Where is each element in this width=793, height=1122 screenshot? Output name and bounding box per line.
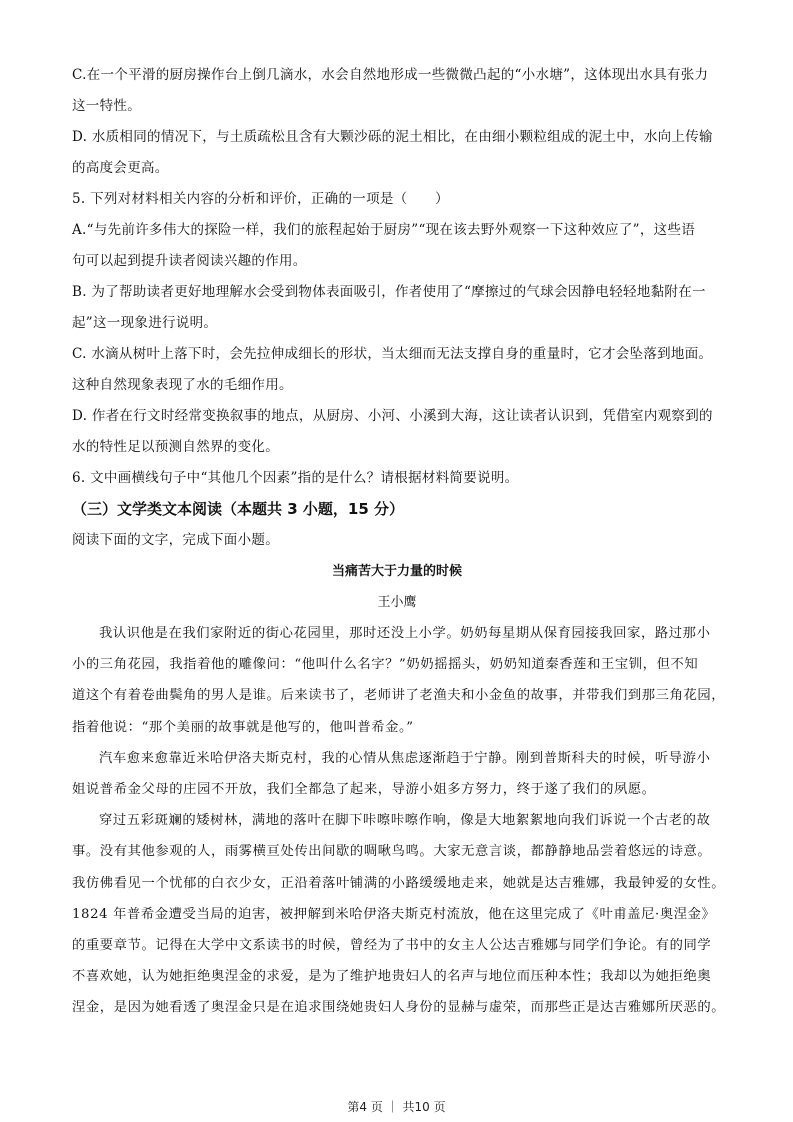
text-line: 指着他说：“那个美丽的故事就是他写的，他叫普希金。” [72, 712, 722, 743]
section-instruction: 阅读下面的文字，完成下面小题。 [72, 525, 722, 556]
question-6-stem: 6. 文中画横线句子中“其他几个因素”指的是什么？请根据材料简要说明。 [72, 463, 722, 494]
article-paragraph-2: 汽车愈来愈靠近米哈伊洛夫斯克村，我的心情从焦虑逐渐趋于宁静。刚到普斯科夫的时候，… [72, 743, 722, 805]
text-line: 事。没有其他参观的人，雨雾横亘处传出间歇的啁啾鸟鸣。大家无意言谈，都静静地品尝着… [72, 836, 722, 867]
text-line: 不喜欢她，认为她拒绝奥涅金的求爱，是为了维护地贵妇人的名声与地位而压种本性；我却… [72, 961, 722, 992]
document-page: C.在一个平滑的厨房操作台上倒几滴水，水会自然地形成一些微微凸起的“小水塘”，这… [72, 60, 722, 1024]
text-line: 涅金，是因为她看透了奥涅金只是在追求围绕她贵妇人身份的显赫与虚荣，而那些正是达吉… [72, 992, 722, 1023]
text-line: 的高度会更高。 [72, 153, 722, 184]
question-5-option-d: D. 作者在行文时经常变换叙事的地点，从厨房、小河、小溪到大海，这让读者认识到，… [72, 401, 722, 463]
text-line: C.在一个平滑的厨房操作台上倒几滴水，水会自然地形成一些微微凸起的“小水塘”，这… [72, 60, 722, 91]
text-line: 穿过五彩斑斓的矮树林，满地的落叶在脚下咔嚓咔嚓作响，像是大地絮絮地向我们诉说一个… [72, 805, 722, 836]
text-line: 道这个有着卷曲鬓角的男人是谁。后来读书了，老师讲了老渔夫和小金鱼的故事，并带我们… [72, 680, 722, 711]
text-line: 句可以起到提升读者阅读兴趣的作用。 [72, 246, 722, 277]
text-line: D. 作者在行文时经常变换叙事的地点，从厨房、小河、小溪到大海，这让读者认识到，… [72, 401, 722, 432]
text-line: 这种自然现象表现了水的毛细作用。 [72, 370, 722, 401]
text-line: 1824 年普希金遭受当局的迫害，被押解到米哈伊洛夫斯克村流放，他在这里完成了《… [72, 899, 722, 930]
text-line: A.“与先前许多伟大的探险一样，我们的旅程起始于厨房”“现在该去野外观察一下这种… [72, 215, 722, 246]
article-author: 王小鹰 [72, 587, 722, 618]
text-line: D. 水质相同的情况下，与土质疏松且含有大颗沙砾的泥土相比，在由细小颗粒组成的泥… [72, 122, 722, 153]
article-paragraph-3: 穿过五彩斑斓的矮树林，满地的落叶在脚下咔嚓咔嚓作响，像是大地絮絮地向我们诉说一个… [72, 805, 722, 1023]
question-4-option-d: D. 水质相同的情况下，与土质疏松且含有大颗沙砾的泥土相比，在由细小颗粒组成的泥… [72, 122, 722, 184]
question-5-option-b: B. 为了帮助读者更好地理解水会受到物体表面吸引，作者使用了“摩擦过的气球会因静… [72, 277, 722, 339]
text-line: 起”这一现象进行说明。 [72, 308, 722, 339]
section-heading: （三）文学类文本阅读（本题共 3 小题，15 分） [72, 494, 722, 525]
text-line: 姐说普希金父母的庄园不开放，我们全都急了起来，导游小姐多方努力，终于遂了我们的夙… [72, 774, 722, 805]
text-line: B. 为了帮助读者更好地理解水会受到物体表面吸引，作者使用了“摩擦过的气球会因静… [72, 277, 722, 308]
question-5-option-a: A.“与先前许多伟大的探险一样，我们的旅程起始于厨房”“现在该去野外观察一下这种… [72, 215, 722, 277]
question-4-option-c: C.在一个平滑的厨房操作台上倒几滴水，水会自然地形成一些微微凸起的“小水塘”，这… [72, 60, 722, 122]
text-line: 小的三角花园，我指着他的雕像问：“他叫什么名字？”奶奶摇摇头，奶奶知道秦香莲和王… [72, 649, 722, 680]
page-footer: 第4 页 ｜ 共10 页 [0, 1098, 793, 1115]
article-paragraph-1: 我认识他是在我们家附近的街心花园里，那时还没上小学。奶奶每星期从保育园接我回家，… [72, 618, 722, 743]
article-title: 当痛苦大于力量的时候 [72, 556, 722, 587]
text-line: 水的特性足以预测自然界的变化。 [72, 432, 722, 463]
text-line: 汽车愈来愈靠近米哈伊洛夫斯克村，我的心情从焦虑逐渐趋于宁静。刚到普斯科夫的时候，… [72, 743, 722, 774]
question-5-option-c: C. 水滴从树叶上落下时，会先拉伸成细长的形状，当太细而无法支撑自身的重量时，它… [72, 339, 722, 401]
text-line: 的重要章节。记得在大学中文系读书的时候，曾经为了书中的女主人公达吉雅娜与同学们争… [72, 930, 722, 961]
text-line: 这一特性。 [72, 91, 722, 122]
text-line: 我认识他是在我们家附近的街心花园里，那时还没上小学。奶奶每星期从保育园接我回家，… [72, 618, 722, 649]
text-line: C. 水滴从树叶上落下时，会先拉伸成细长的形状，当太细而无法支撑自身的重量时，它… [72, 339, 722, 370]
text-line: 我仿佛看见一个忧郁的白衣少女，正沿着落叶铺满的小路缓缓地走来，她就是达吉雅娜，我… [72, 868, 722, 899]
question-5-stem: 5. 下列对材料相关内容的分析和评价，正确的一项是（ ） [72, 184, 722, 215]
